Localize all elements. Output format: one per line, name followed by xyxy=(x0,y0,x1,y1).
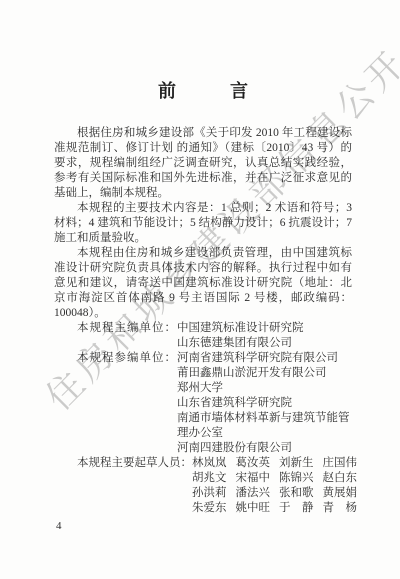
paragraph-management: 本规程由住房和城乡建设部负责管理，由中国建筑标准设计研究院负责具体技术内容的解释… xyxy=(54,246,352,321)
drafter-name: 胡兆文 xyxy=(192,471,227,486)
drafters-names: 林岚岚 葛汝英 刘新生 庄国伟 胡兆文 宋福中 陈锦兴 赵白东 孙洪莉 潘法兴 … xyxy=(192,456,357,516)
drafter-name: 朱爱东 xyxy=(192,501,227,516)
drafter-name: 姚中旺 xyxy=(236,501,271,516)
co-editor-unit: 郑州大学 xyxy=(177,381,352,396)
co-editor-unit: 南通市墙体材料革新与建筑节能管理办公室 xyxy=(177,411,352,441)
co-editors-label: 本规程参编单位： xyxy=(77,351,177,456)
drafter-name: 庄国伟 xyxy=(323,456,358,471)
paragraph-contents: 本规程的主要技术内容是：1 总则；2 术语和符号；3 材料；4 建筑和节能设计；… xyxy=(54,201,352,246)
chief-editor-units: 中国建筑标准设计研究院 山东德建集团有限公司 xyxy=(177,321,352,351)
drafters-block: 本规程主要起草人员： 林岚岚 葛汝英 刘新生 庄国伟 胡兆文 宋福中 陈锦兴 赵… xyxy=(54,456,352,516)
drafters-row: 林岚岚 葛汝英 刘新生 庄国伟 xyxy=(192,456,357,471)
chief-editor-label: 本规程主编单位： xyxy=(77,321,177,351)
drafter-name: 青 杨 xyxy=(323,501,358,516)
drafters-row: 孙洪莉 潘法兴 张和歌 黄展娟 xyxy=(192,486,357,501)
co-editors-block: 本规程参编单位： 河南省建筑科学研究院有限公司 莆田鑫鼎山淤泥开发有限公司 郑州… xyxy=(54,351,352,456)
page-content: 前言 根据住房和城乡建设部《关于印发 2010 年工程建设标准规范制订、修订计划… xyxy=(54,80,352,516)
drafter-name: 陈锦兴 xyxy=(279,471,314,486)
drafter-name: 潘法兴 xyxy=(236,486,271,501)
drafter-name: 宋福中 xyxy=(236,471,271,486)
co-editor-unit: 河南省建筑科学研究院有限公司 xyxy=(177,351,352,366)
drafter-name: 葛汝英 xyxy=(236,456,271,471)
chief-editor-block: 本规程主编单位： 中国建筑标准设计研究院 山东德建集团有限公司 xyxy=(54,321,352,351)
drafter-name: 林岚岚 xyxy=(192,456,227,471)
page-title-text: 前言 xyxy=(158,81,302,101)
drafter-name: 孙洪莉 xyxy=(192,486,227,501)
drafter-name: 刘新生 xyxy=(279,456,314,471)
page-title: 前言 xyxy=(54,80,352,102)
paragraph-basis: 根据住房和城乡建设部《关于印发 2010 年工程建设标准规范制订、修订计划 的通… xyxy=(54,126,352,201)
drafter-name: 黄展娟 xyxy=(323,486,358,501)
drafter-name: 赵白东 xyxy=(323,471,358,486)
drafters-label: 本规程主要起草人员： xyxy=(77,456,192,516)
co-editor-unit: 河南四建股份有限公司 xyxy=(177,441,352,456)
drafter-name: 张和歌 xyxy=(279,486,314,501)
chief-editor-unit: 中国建筑标准设计研究院 xyxy=(177,321,352,336)
co-editor-unit: 莆田鑫鼎山淤泥开发有限公司 xyxy=(177,366,352,381)
co-editor-unit: 山东省建筑科学研究院 xyxy=(177,396,352,411)
co-editors-units: 河南省建筑科学研究院有限公司 莆田鑫鼎山淤泥开发有限公司 郑州大学 山东省建筑科… xyxy=(177,351,352,456)
document-page: 住房和城乡建设部信息公开 前言 根据住房和城乡建设部《关于印发 2010 年工程… xyxy=(0,0,400,579)
drafters-row: 胡兆文 宋福中 陈锦兴 赵白东 xyxy=(192,471,357,486)
page-number: 4 xyxy=(56,520,62,532)
drafters-row: 朱爱东 姚中旺 于 静 青 杨 xyxy=(192,501,357,516)
drafter-name: 于 静 xyxy=(279,501,314,516)
chief-editor-unit: 山东德建集团有限公司 xyxy=(177,336,352,351)
